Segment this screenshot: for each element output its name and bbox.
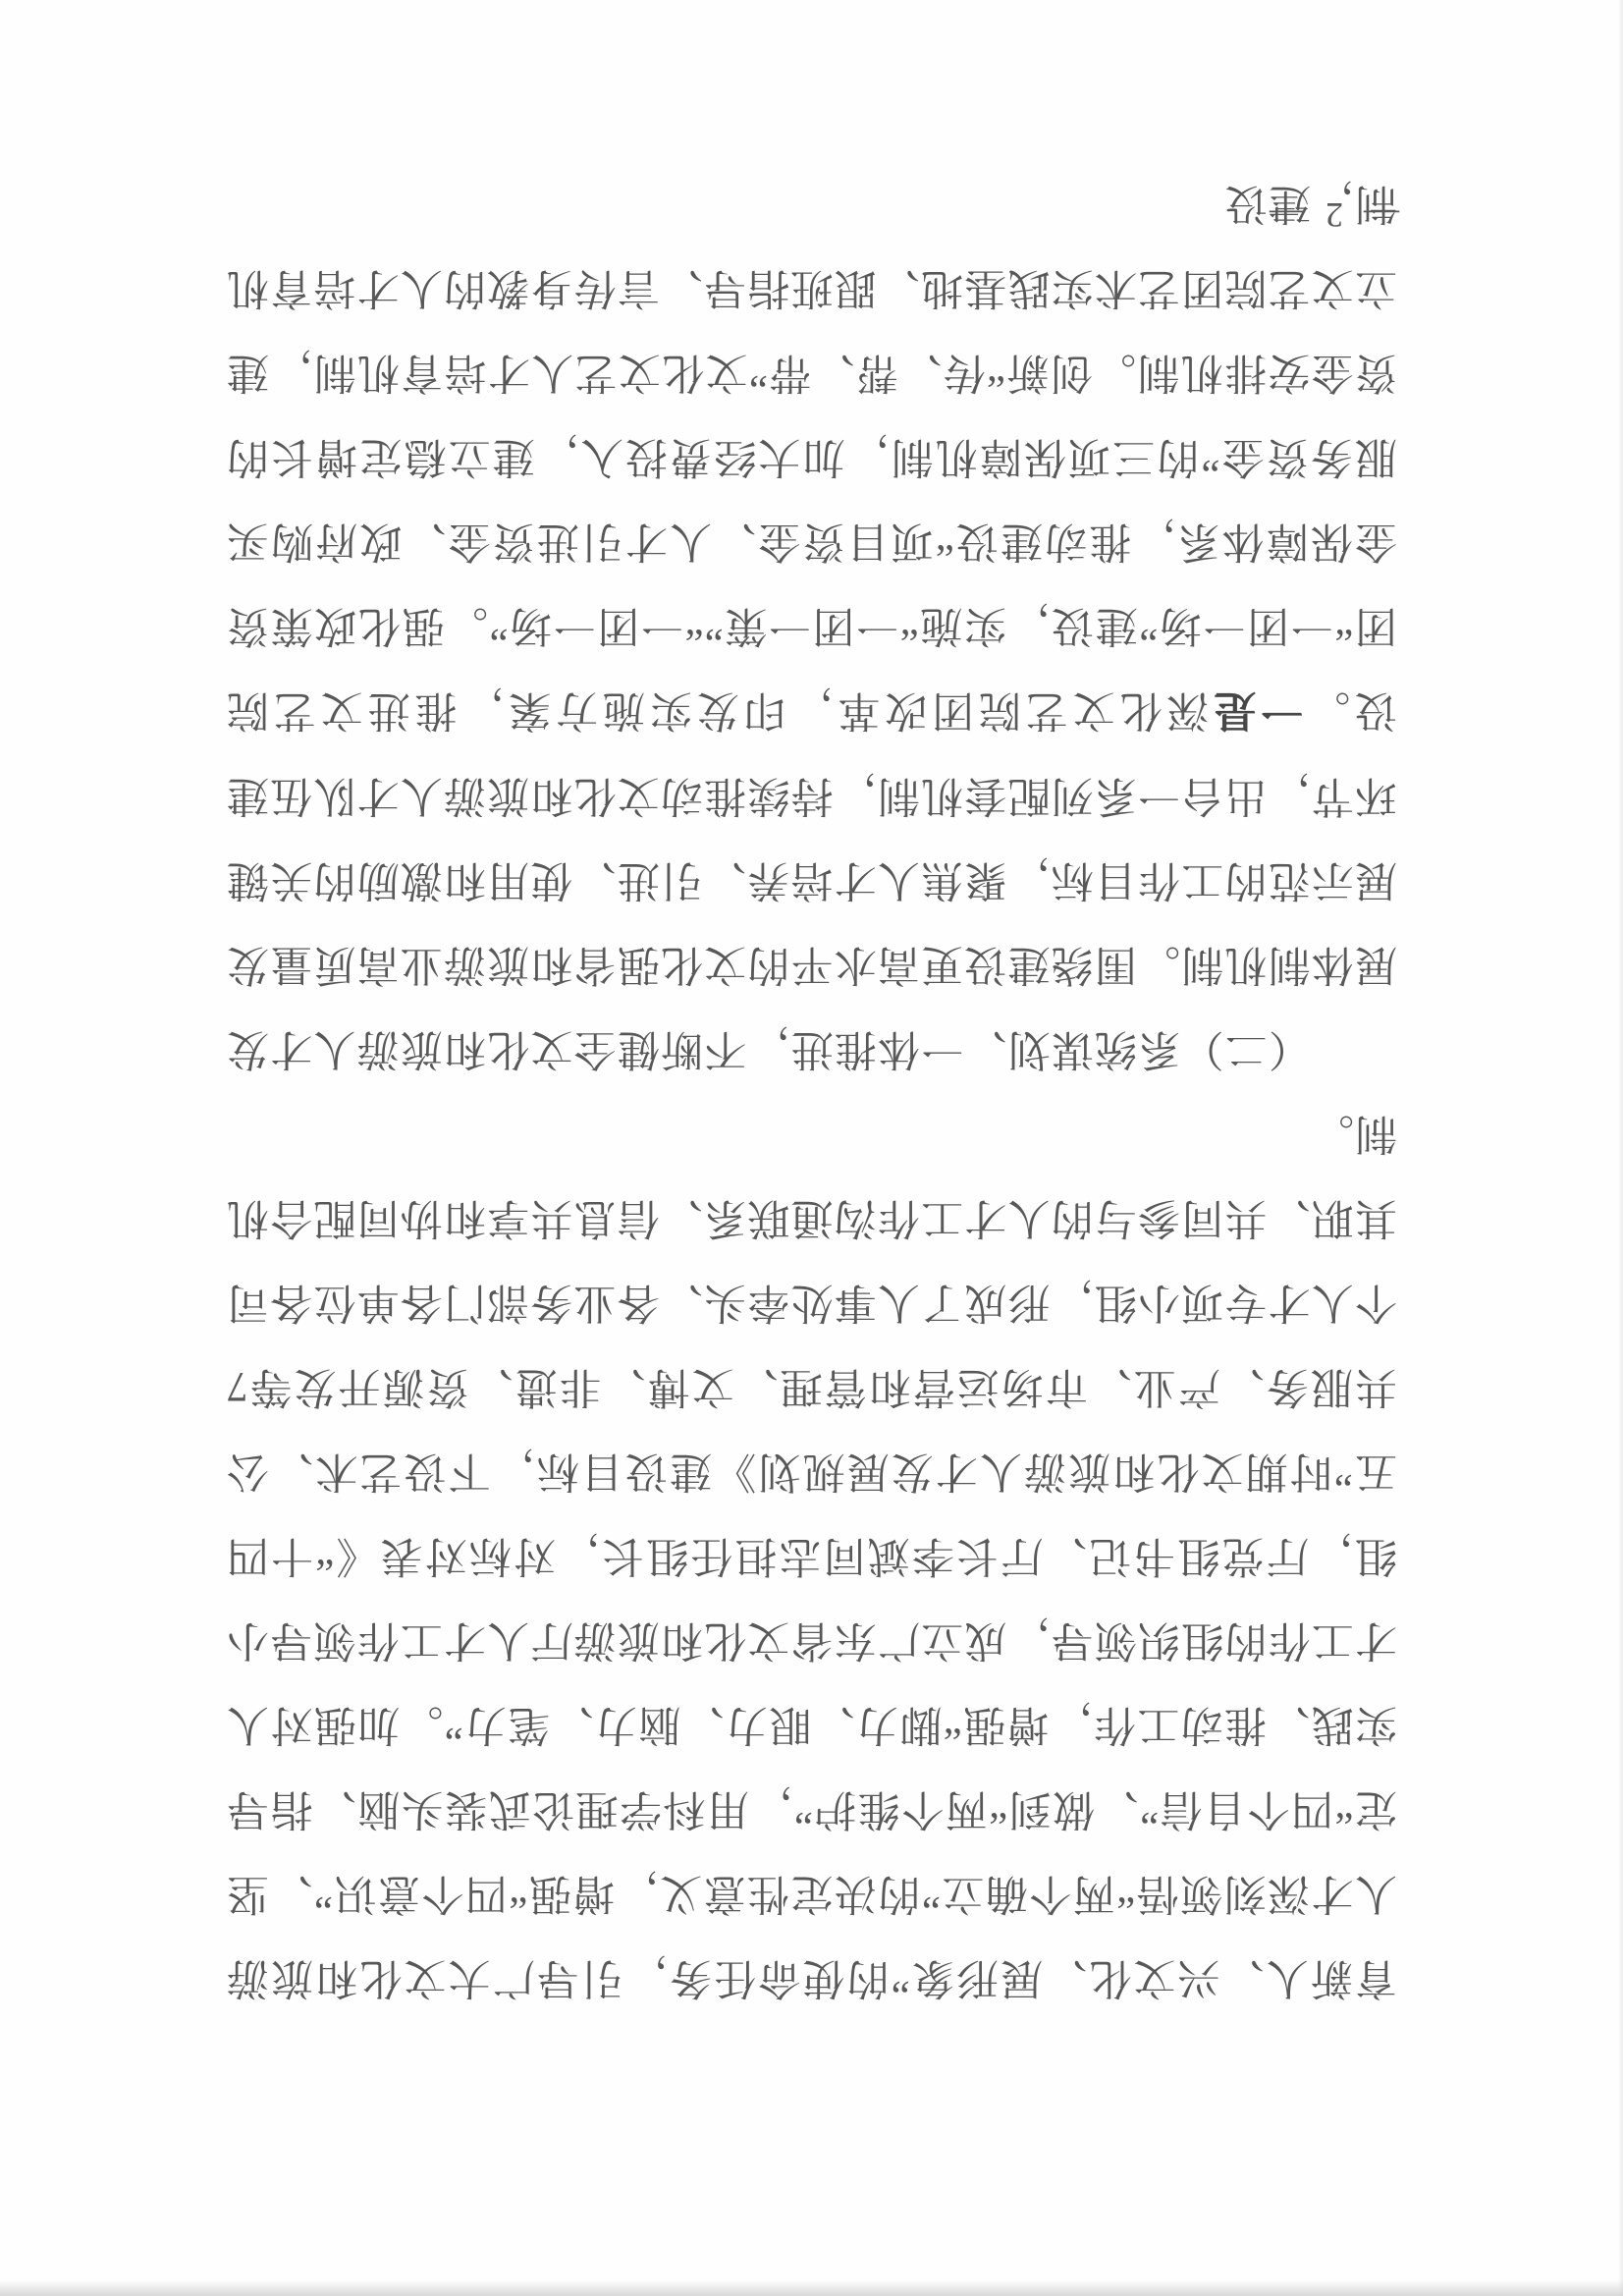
document-body-text: 育新人、兴文化、展形象”的使命任务，引导广大文化和旅游人才深刻领悟“两个确立”的… [226, 160, 1397, 2019]
scanned-page: 育新人、兴文化、展形象”的使命任务，引导广大文化和旅游人才深刻领悟“两个确立”的… [0, 0, 1623, 2296]
paragraph-1-text: 育新人、兴文化、展形象”的使命任务，引导广大文化和旅游人才深刻领悟“两个确立”的… [226, 1110, 1397, 2000]
bold-list-marker: 一是 [1210, 686, 1304, 734]
scan-side-artifact [1618, 0, 1623, 2296]
paragraph-2: （二）系统谋划、一体推进，不断健全文化和旅游人才发展体制机制。围绕建设更高水平的… [226, 160, 1397, 1090]
rotated-scan-content: 育新人、兴文化、展形象”的使命任务，引导广大文化和旅游人才深刻领悟“两个确立”的… [0, 0, 1623, 2296]
page-number: — 2 — [1264, 194, 1399, 236]
paragraph-2-rest-text: 深化文艺院团改革，印发实施方案，推进文艺院团“一团一场”建设，实施“一团一策”“… [226, 180, 1397, 733]
paragraph-2-lead-text: （二）系统谋划、一体推进，不断健全文化和旅游人才发展体制机制。围绕建设更高水平的… [226, 686, 1397, 1071]
paragraph-continuation: 育新人、兴文化、展形象”的使命任务，引导广大文化和旅游人才深刻领悟“两个确立”的… [226, 1090, 1397, 2019]
scan-edge-artifact [0, 2280, 1623, 2296]
